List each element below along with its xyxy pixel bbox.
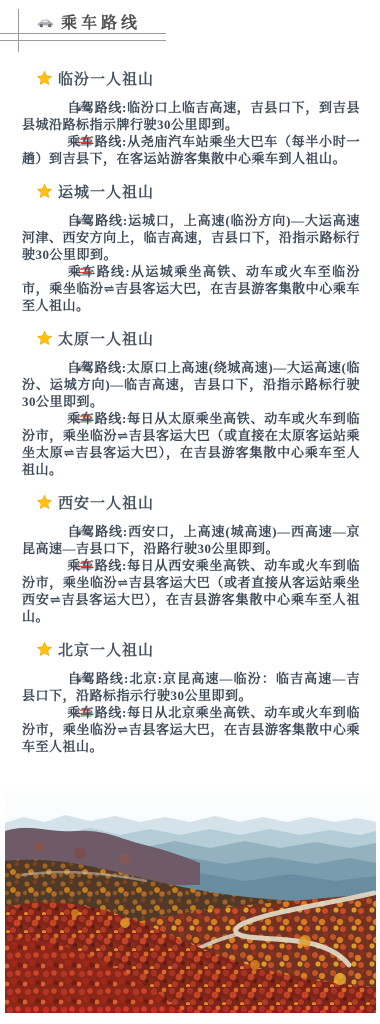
star-icon <box>36 641 53 658</box>
mountain-landscape-image <box>5 789 376 1013</box>
page-header: 乘车路线 <box>0 0 380 54</box>
route-section-linfen: 临汾一人祖山 自驾路线:临汾口上临吉高速，吉县口下，到吉县县城沿路标指示牌行驶3… <box>22 68 360 167</box>
car-icon <box>48 213 66 225</box>
star-icon <box>36 494 53 511</box>
bus-route-text: 乘车路线:每日从西安乘坐高铁、动车或火车到临汾市，乘坐临汾⇌吉县客运大巴（或者直… <box>22 557 360 625</box>
route-section-yuncheng: 运城一人祖山 自驾路线:运城口，上高速(临汾方向)—大运高速河津、西安方向上，临… <box>22 181 360 314</box>
star-icon <box>36 183 53 200</box>
section-title-text: 运城一人祖山 <box>58 181 154 202</box>
car-icon <box>48 360 66 372</box>
header-divider <box>0 33 166 41</box>
train-icon <box>48 558 66 570</box>
page-title: 乘车路线 <box>61 10 141 33</box>
section-title-text: 太原一人祖山 <box>58 328 154 349</box>
route-list: 临汾一人祖山 自驾路线:临汾口上临吉高速，吉县口下，到吉县县城沿路标指示牌行驶3… <box>0 68 380 755</box>
car-icon <box>48 524 66 536</box>
section-title: 临汾一人祖山 <box>36 68 360 89</box>
car-icon <box>36 16 54 28</box>
section-title: 西安一人祖山 <box>36 492 360 513</box>
drive-route-text: 自驾路线:西安口，上高速(城高速)—西高速—京昆高速—吉县口下，沿路行驶30公里… <box>22 523 360 557</box>
section-title-text: 西安一人祖山 <box>58 492 154 513</box>
route-section-taiyuan: 太原一人祖山 自驾路线:太原口上高速(绕城高速)—大运高速(临汾、运城方向)—临… <box>22 328 360 478</box>
section-title-text: 北京一人祖山 <box>58 639 154 660</box>
train-icon <box>48 134 66 146</box>
drive-route-text: 自驾路线:太原口上高速(绕城高速)—大运高速(临汾、运城方向)—临吉高速，吉县口… <box>22 359 360 410</box>
section-title: 运城一人祖山 <box>36 181 360 202</box>
section-title: 北京一人祖山 <box>36 639 360 660</box>
train-icon <box>48 411 66 423</box>
car-icon <box>48 671 66 683</box>
bus-route-text: 乘车路线:从运城乘坐高铁、动车或火车至临汾市，乘坐临汾⇌吉县客运大巴，在吉县游客… <box>22 263 360 314</box>
route-section-xian: 西安一人祖山 自驾路线:西安口，上高速(城高速)—西高速—京昆高速—吉县口下，沿… <box>22 492 360 625</box>
drive-route-text: 自驾路线:运城口，上高速(临汾方向)—大运高速河津、西安方向上，临吉高速，吉县口… <box>22 212 360 263</box>
article-page: { "header": { "title": "乘车路线", "icon": "… <box>0 0 380 1024</box>
route-section-beijing: 北京一人祖山 自驾路线:北京:京昆高速—临汾：临吉高速—吉县口下，沿路标指示行驶… <box>22 639 360 755</box>
bus-route-text: 乘车路线:每日从太原乘坐高铁、动车或火车到临汾市，乘坐临汾⇌吉县客运大巴（或直接… <box>22 410 360 478</box>
drive-route-text: 自驾路线:北京:京昆高速—临汾：临吉高速—吉县口下，沿路标指示行驶30公里即到。 <box>22 670 360 704</box>
header-vertical-divider <box>18 9 19 52</box>
section-title: 太原一人祖山 <box>36 328 360 349</box>
star-icon <box>36 70 53 87</box>
drive-route-text: 自驾路线:临汾口上临吉高速，吉县口下，到吉县县城沿路标指示牌行驶30公里即到。 <box>22 99 360 133</box>
train-icon <box>48 705 66 717</box>
scenery-photo <box>5 789 376 1013</box>
car-icon <box>48 100 66 112</box>
star-icon <box>36 330 53 347</box>
train-icon <box>48 264 66 276</box>
bus-route-text: 乘车路线:每日从北京乘坐高铁、动车或火车到临汾市，乘坐临汾⇌吉县客运大巴，在吉县… <box>22 704 360 755</box>
section-title-text: 临汾一人祖山 <box>58 68 154 89</box>
bus-route-text: 乘车路线:从尧庙汽车站乘坐大巴车（每半小时一趟）到吉县下，在客运站游客集散中心乘… <box>22 133 360 167</box>
